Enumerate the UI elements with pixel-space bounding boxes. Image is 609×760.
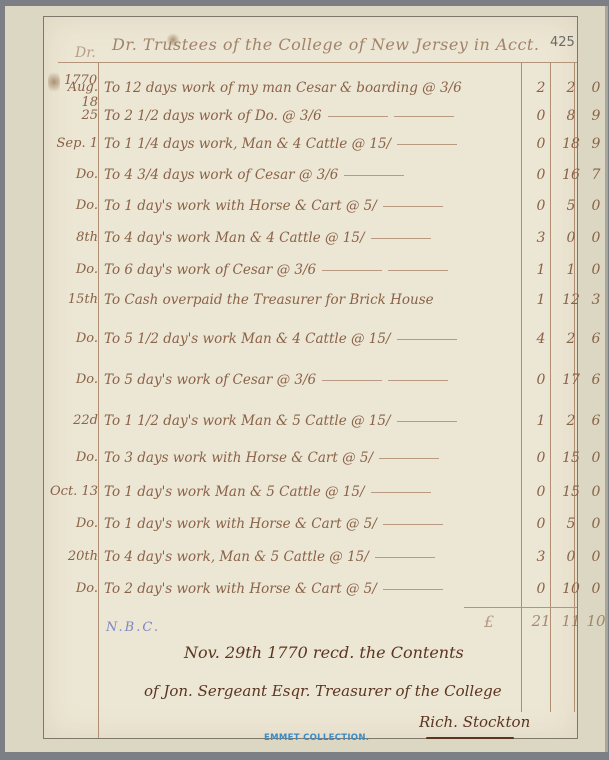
entry-description: To 2 day's work with Horse & Cart @ 5/ [104,581,524,597]
entry-pounds: 0 [524,198,558,214]
entry-description: To 5 day's work of Cesar @ 3/6 [104,372,524,388]
entry-date: 15th [48,292,98,307]
ledger-row: Aug. 18 To 12 days work of my man Cesar … [44,75,577,103]
entry-date: Sep. 1 [48,136,98,151]
document-mount: Dr. Dr. Trustees of the College of New J… [5,6,608,752]
total-shillings: 11 [557,612,585,630]
entry-text: To 1 1/2 day's work Man & 5 Cattle @ 15/ [104,413,391,429]
collection-stamp: EMMET COLLECTION. [264,733,369,743]
entry-text: To Cash overpaid the Treasurer for Brick… [104,292,434,308]
entry-pounds: 3 [524,549,558,565]
fill-line [344,175,404,176]
fill-line [379,458,439,459]
entry-pounds: 0 [524,581,558,597]
entry-description: To 4 day's work, Man & 5 Cattle @ 15/ [104,549,524,565]
entry-date: Do. [48,167,98,182]
entry-text: To 3 days work with Horse & Cart @ 5/ [104,450,373,466]
entry-text: To 4 3/4 days work of Cesar @ 3/6 [104,167,338,183]
fill-line [397,339,457,340]
entry-pence: 0 [584,198,608,214]
entry-shillings: 12 [557,292,585,308]
entry-shillings: 2 [557,331,585,347]
entry-date: Do. [48,450,98,465]
fill-line [383,524,443,525]
entry-pounds: 3 [524,230,558,246]
entry-description: To Cash overpaid the Treasurer for Brick… [104,292,524,308]
entry-description: To 5 1/2 day's work Man & 4 Cattle @ 15/ [104,331,524,347]
entry-pence: 6 [584,413,608,429]
ledger-page: Dr. Dr. Trustees of the College of New J… [43,16,578,739]
entry-pounds: 2 [524,80,558,96]
entry-description: To 12 days work of my man Cesar & boardi… [104,80,524,96]
ledger-row: 22d To 1 1/2 day's work Man & 5 Cattle @… [44,408,577,436]
entry-description: To 4 3/4 days work of Cesar @ 3/6 [104,167,524,183]
entry-pounds: 0 [524,516,558,532]
fill-line [394,116,454,117]
entry-text: To 1 day's work with Horse & Cart @ 5/ [104,516,377,532]
fill-line [397,421,457,422]
fill-line [328,116,388,117]
ledger-row: Do. To 6 day's work of Cesar @ 3/6 1 1 0 [44,257,577,285]
entry-date: 22d [48,413,98,428]
entry-pence: 3 [584,292,608,308]
header-rule [58,62,577,63]
entry-text: To 5 day's work of Cesar @ 3/6 [104,372,316,388]
entry-date: Oct. 13 [48,484,98,499]
account-heading: Dr. Trustees of the College of New Jerse… [112,35,539,54]
entry-text: To 4 day's work, Man & 5 Cattle @ 15/ [104,549,369,565]
fill-line [371,238,431,239]
entry-description: To 2 1/2 days work of Do. @ 3/6 [104,108,524,124]
fill-line [371,492,431,493]
entry-pence: 6 [584,331,608,347]
entry-description: To 1 day's work with Horse & Cart @ 5/ [104,198,524,214]
entry-pence: 0 [584,516,608,532]
ledger-row: Do. To 5 day's work of Cesar @ 3/6 0 17 … [44,367,577,395]
ledger-row: Oct. 13 To 1 day's work Man & 5 Cattle @… [44,479,577,507]
entry-text: To 1 day's work Man & 5 Cattle @ 15/ [104,484,365,500]
margin-mark: Dr. [75,45,96,61]
entry-text: To 2 1/2 days work of Do. @ 3/6 [104,108,322,124]
entry-text: To 12 days work of my man Cesar & boardi… [104,80,462,96]
entry-pounds: 0 [524,136,558,152]
entry-date: 25 [48,108,98,123]
entry-pence: 0 [584,450,608,466]
ledger-row: 15th To Cash overpaid the Treasurer for … [44,287,577,315]
entry-shillings: 15 [557,450,585,466]
entry-text: To 5 1/2 day's work Man & 4 Cattle @ 15/ [104,331,391,347]
entry-pounds: 1 [524,262,558,278]
ledger-row: Do. To 2 day's work with Horse & Cart @ … [44,576,577,604]
initials-stamp: N.B.C. [106,620,160,635]
entry-date: 20th [48,549,98,564]
entry-shillings: 16 [557,167,585,183]
entry-shillings: 18 [557,136,585,152]
receipt-line-1: Nov. 29th 1770 recd. the Contents [184,643,464,662]
ledger-row: Do. To 1 day's work with Horse & Cart @ … [44,193,577,221]
entry-pence: 0 [584,80,608,96]
entry-shillings: 0 [557,549,585,565]
entry-shillings: 8 [557,108,585,124]
entry-shillings: 5 [557,516,585,532]
entry-date: Do. [48,331,98,346]
ledger-row: Sep. 1 To 1 1/4 days work, Man & 4 Cattl… [44,131,577,159]
entry-pence: 9 [584,136,608,152]
entry-description: To 1 day's work Man & 5 Cattle @ 15/ [104,484,524,500]
entry-description: To 1 day's work with Horse & Cart @ 5/ [104,516,524,532]
entry-date: Do. [48,198,98,213]
entry-pence: 0 [584,262,608,278]
entry-date: Do. [48,581,98,596]
entry-pence: 0 [584,484,608,500]
entry-shillings: 1 [557,262,585,278]
signature: Rich. Stockton [419,713,530,731]
ledger-row: Do. To 1 day's work with Horse & Cart @ … [44,511,577,539]
total-pence: 10 [584,612,608,630]
fill-line [388,380,448,381]
entry-pence: 7 [584,167,608,183]
entry-pence: 6 [584,372,608,388]
entry-pounds: 4 [524,331,558,347]
entry-description: To 3 days work with Horse & Cart @ 5/ [104,450,524,466]
ledger-row: 20th To 4 day's work, Man & 5 Cattle @ 1… [44,544,577,572]
entry-pounds: 0 [524,167,558,183]
entry-text: To 1 day's work with Horse & Cart @ 5/ [104,198,377,214]
entry-shillings: 10 [557,581,585,597]
entry-pence: 0 [584,230,608,246]
fill-line [388,270,448,271]
entry-pounds: 1 [524,292,558,308]
entry-shillings: 17 [557,372,585,388]
folio-number: 425 [550,35,575,50]
entry-date: Do. [48,516,98,531]
ledger-row: 25 To 2 1/2 days work of Do. @ 3/6 0 8 9 [44,103,577,131]
entry-description: To 6 day's work of Cesar @ 3/6 [104,262,524,278]
entry-pounds: 0 [524,372,558,388]
entry-date: Do. [48,372,98,387]
entry-text: To 6 day's work of Cesar @ 3/6 [104,262,316,278]
entry-date: Do. [48,262,98,277]
entry-shillings: 5 [557,198,585,214]
entry-pounds: 0 [524,450,558,466]
entry-date: 8th [48,230,98,245]
entry-description: To 4 day's work Man & 4 Cattle @ 15/ [104,230,524,246]
entry-description: To 1 1/2 day's work Man & 5 Cattle @ 15/ [104,413,524,429]
ledger-row: Do. To 5 1/2 day's work Man & 4 Cattle @… [44,326,577,354]
pound-symbol: £ [484,612,494,631]
entry-pounds: 0 [524,108,558,124]
ledger-row: Do. To 4 3/4 days work of Cesar @ 3/6 0 … [44,162,577,190]
fill-line [322,270,382,271]
total-pounds: 21 [524,612,558,630]
entry-description: To 1 1/4 days work, Man & 4 Cattle @ 15/ [104,136,524,152]
entry-text: To 2 day's work with Horse & Cart @ 5/ [104,581,377,597]
entry-pence: 9 [584,108,608,124]
entry-shillings: 0 [557,230,585,246]
receipt-line-2: of Jon. Sergeant Esqr. Treasurer of the … [144,682,502,700]
ledger-row: Do. To 3 days work with Horse & Cart @ 5… [44,445,577,473]
fill-line [322,380,382,381]
entry-text: To 1 1/4 days work, Man & 4 Cattle @ 15/ [104,136,391,152]
entry-shillings: 15 [557,484,585,500]
fill-line [383,589,443,590]
entry-shillings: 2 [557,413,585,429]
total-rule [464,607,577,608]
entry-pounds: 1 [524,413,558,429]
ledger-row: 8th To 4 day's work Man & 4 Cattle @ 15/… [44,225,577,253]
entry-pounds: 0 [524,484,558,500]
entry-shillings: 2 [557,80,585,96]
entry-pence: 0 [584,581,608,597]
fill-line [383,206,443,207]
fill-line [397,144,457,145]
entry-pence: 0 [584,549,608,565]
signature-flourish [426,737,514,739]
fill-line [375,557,435,558]
entry-text: To 4 day's work Man & 4 Cattle @ 15/ [104,230,365,246]
